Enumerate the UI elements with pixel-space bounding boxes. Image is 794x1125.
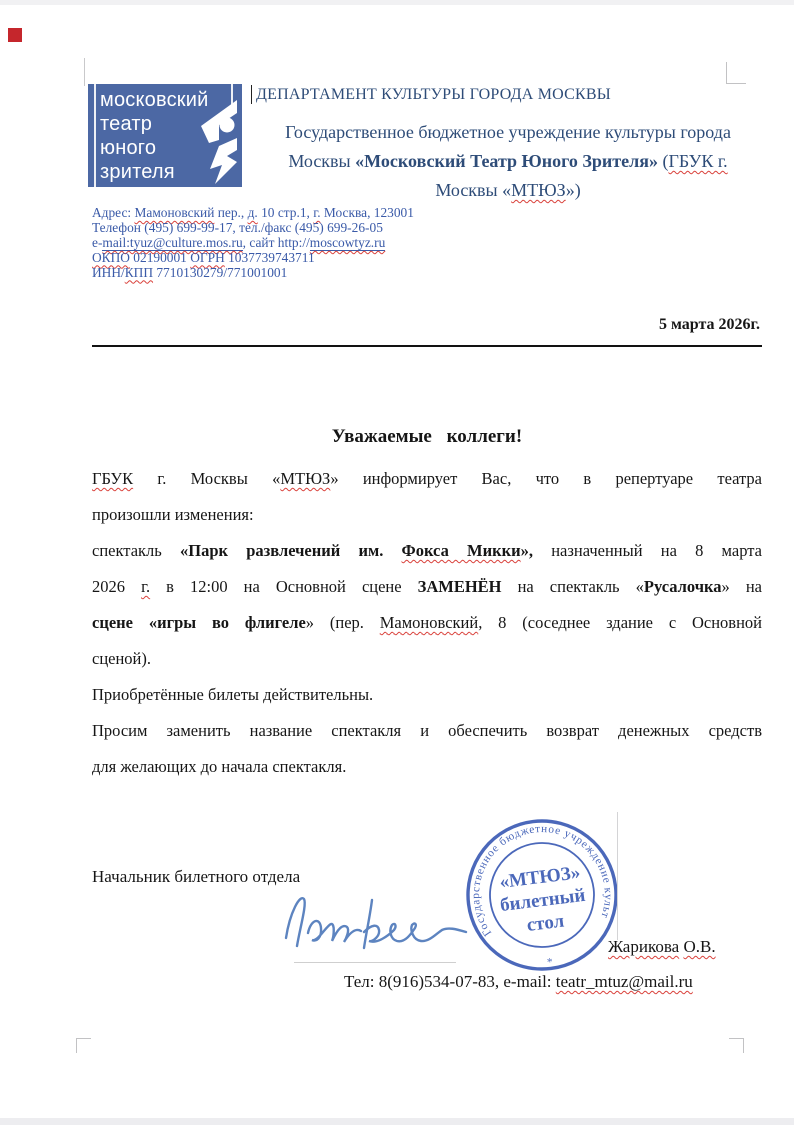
signer-name: Жарикова О.В. (608, 937, 716, 957)
signature-underline (294, 962, 456, 963)
handwritten-signature (276, 886, 474, 956)
letter-date: 5 марта 2026г. (659, 316, 762, 334)
text-line: сценой). (92, 641, 762, 677)
stamp-star: * (546, 956, 554, 969)
text-cursor (251, 85, 252, 104)
department-title: ДЕПАРТАМЕНТ КУЛЬТУРЫ ГОРОДА МОСКВЫ (256, 86, 611, 104)
window-bottom-edge (0, 1118, 794, 1125)
page-boundary-mark-bottom-right (729, 1038, 744, 1053)
theater-logo-glyph-icon (189, 94, 241, 186)
stamp-center-line: стол (526, 911, 566, 936)
text-line: Москвы «Московский Театр Юного Зрителя» … (248, 147, 768, 176)
page-boundary-mark-top-right (726, 62, 746, 84)
logo-stripe (94, 84, 96, 187)
official-stamp: Государственное бюджетное учреждение кул… (455, 808, 629, 982)
text-line: Просим заменить название спектакля и обе… (92, 713, 762, 749)
text-line: Москвы «МТЮЗ») (248, 176, 768, 205)
hyperlink[interactable]: moscowtyz.ru (310, 235, 386, 251)
text-line: для желающих до начала спектакля. (92, 749, 762, 785)
text-line: ГБУК г. Москвы «МТЮЗ» информирует Вас, ч… (92, 461, 762, 497)
text-line: Адрес: Мамоновский пер., д. 10 стр.1, г.… (92, 206, 512, 221)
text-line: ИНН/КПП 7710130279/771001001 (92, 266, 512, 281)
theater-logo: московскийтеатрюногозрителя (88, 84, 242, 187)
salutation: Уважаемые коллеги! (92, 426, 762, 448)
date-rule: 5 марта 2026г. (92, 316, 762, 347)
text-line: Приобретённые билеты действительны. (92, 677, 762, 713)
contact-block: Адрес: Мамоновский пер., д. 10 стр.1, г.… (92, 206, 512, 281)
document-page: московскийтеатрюногозрителя ДЕПАРТАМЕНТ … (0, 0, 794, 1125)
signer-position: Начальник билетного отдела (92, 867, 300, 887)
organization-name: Государственное бюджетное учреждение кул… (248, 118, 768, 205)
red-marker (8, 28, 22, 42)
hyperlink[interactable]: mail:tyuz@culture.mos.ru (102, 235, 242, 251)
page-boundary-mark-bottom-left (76, 1038, 91, 1053)
letter-body: ГБУК г. Москвы «МТЮЗ» информирует Вас, ч… (92, 461, 762, 785)
window-top-edge (0, 0, 794, 5)
page-boundary-mark-top-left (84, 58, 85, 86)
divider-line (617, 812, 618, 940)
text-line: ОКПО 02190001 ОГРН 1037739743711 (92, 251, 512, 266)
text-line: Телефон (495) 699-99-17, тел./факс (495)… (92, 221, 512, 236)
text-line: e-mail:tyuz@culture.mos.ru, сайт http://… (92, 236, 512, 251)
signer-contact: Тел: 8(916)534-07-83, e-mail: teatr_mtuz… (344, 972, 693, 992)
text-line: 2026 г. в 12:00 на Основной сцене ЗАМЕНЁ… (92, 569, 762, 605)
text-line: произошли изменения: (92, 497, 762, 533)
text-line: спектакль «Парк развлечений им. Фокса Ми… (92, 533, 762, 569)
text-line: сцене «игры во флигеле» (пер. Мамоновски… (92, 605, 762, 641)
text-line: Государственное бюджетное учреждение кул… (248, 118, 768, 147)
